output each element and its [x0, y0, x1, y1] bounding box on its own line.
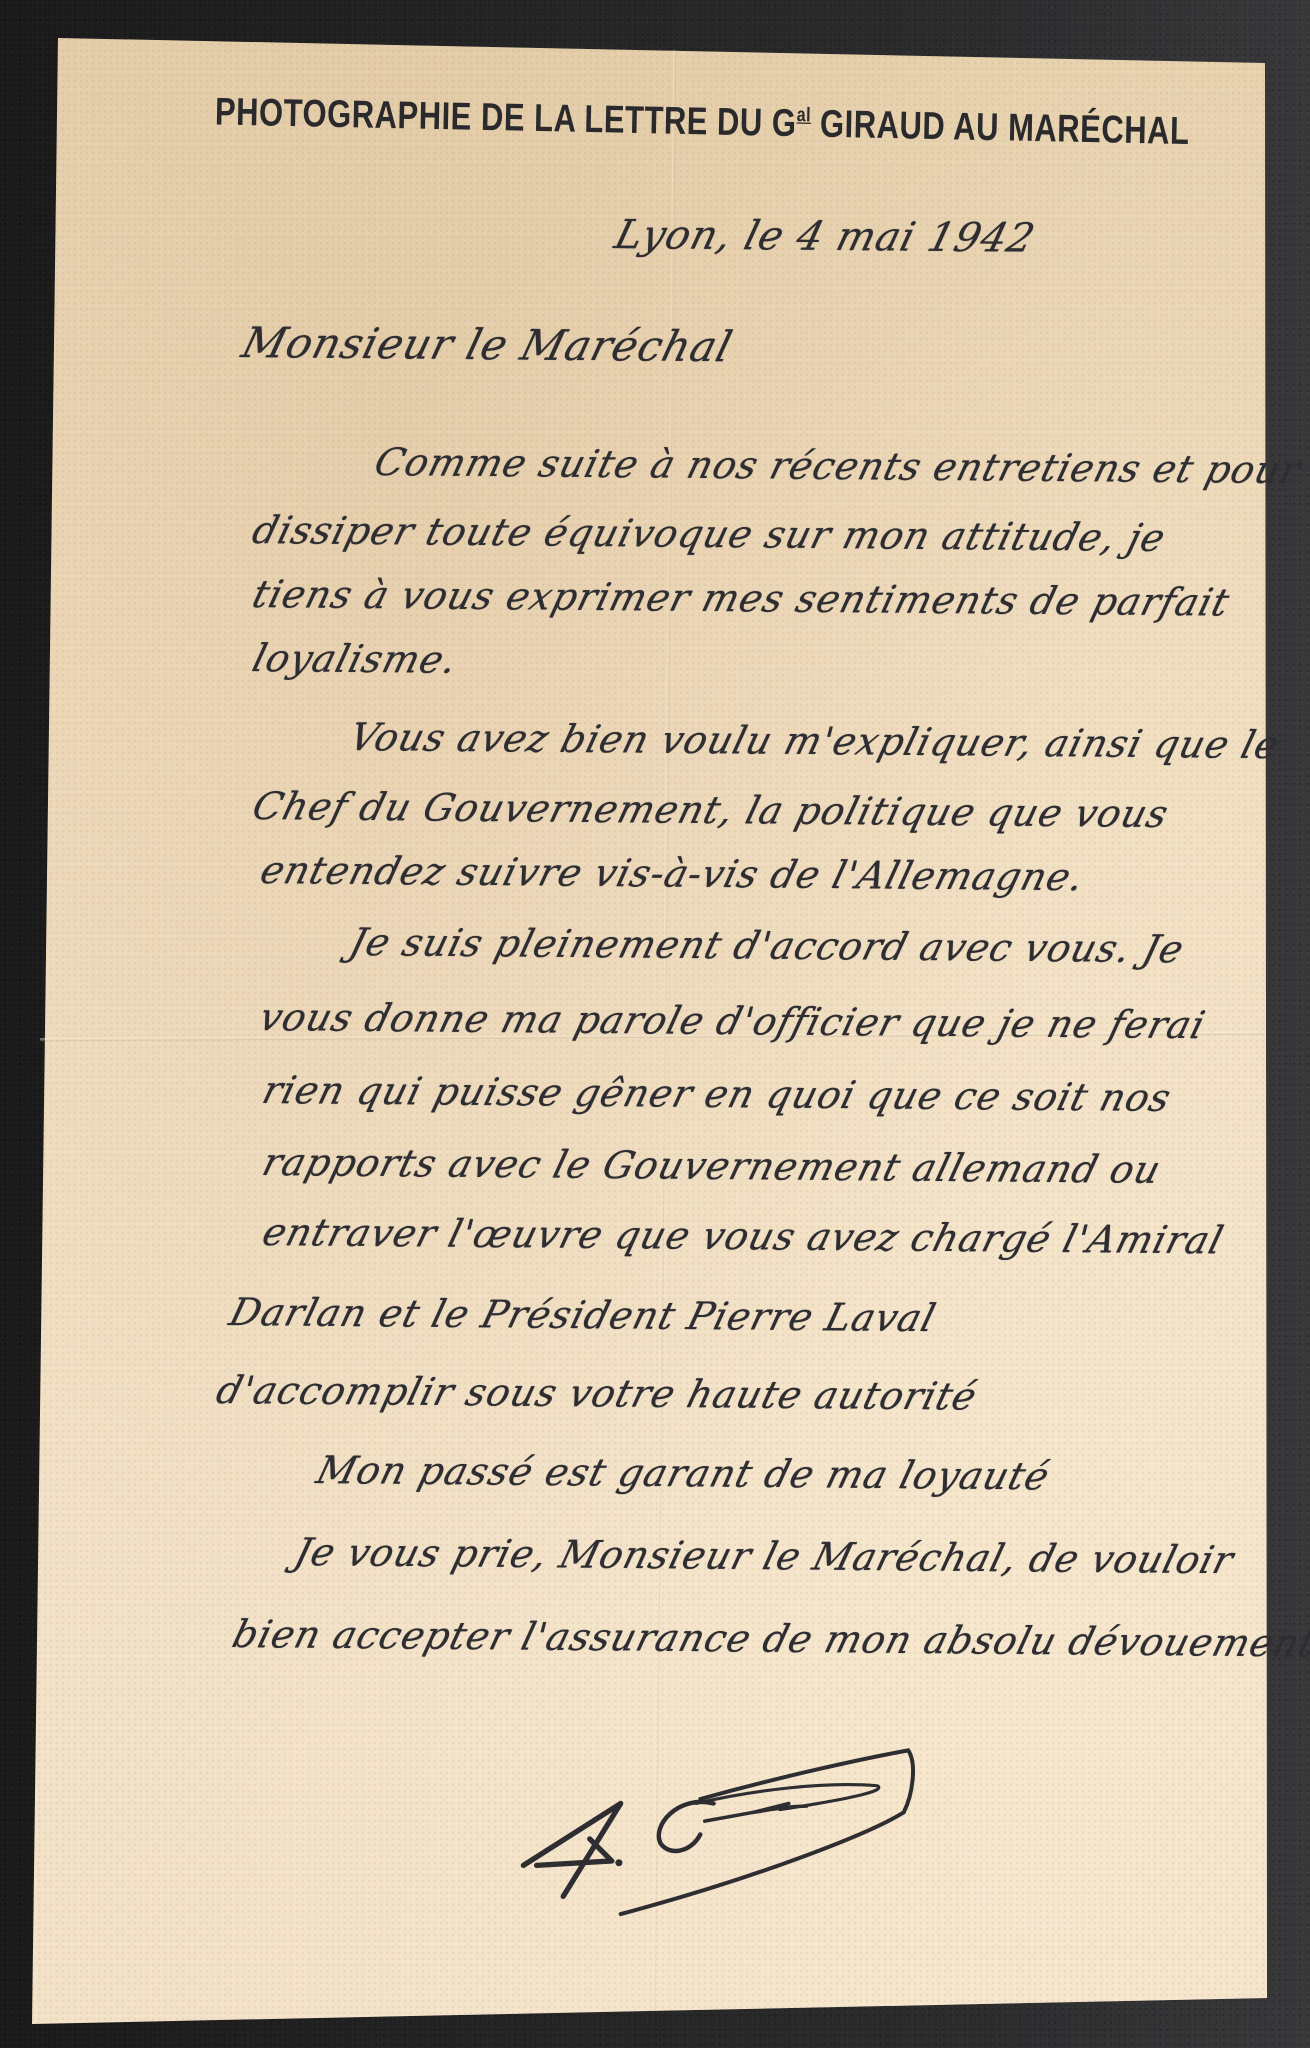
salutation: Monsieur le Maréchal	[237, 318, 738, 371]
letter-line: d'accomplir sous votre haute autorité	[212, 1368, 982, 1419]
letter-line: Comme suite à nos récents entretiens et …	[370, 440, 1306, 492]
letter-line: entraver l'œuvre que vous avez chargé l'…	[258, 1210, 1228, 1262]
letter-line: Je suis pleinement d'accord avec vous. J…	[345, 920, 1189, 971]
letter-line: tiens à vous exprimer mes sentiments de …	[248, 572, 1235, 625]
letter-line: loyalisme.	[248, 636, 462, 682]
letter-line: Darlan et le Président Pierre Laval	[225, 1290, 941, 1340]
letter-line: Chef du Gouvernement, la politique que v…	[248, 784, 1173, 836]
letter-line: entendez suivre vis-à-vis de l'Allemagne…	[256, 848, 1089, 899]
letter-line: dissiper toute équivoque sur mon attitud…	[248, 508, 1171, 560]
header-text-end: GIRAUD AU MARÉCHAL	[810, 101, 1189, 152]
letter-line: vous donne ma parole d'officier que je n…	[255, 995, 1210, 1047]
letter-line: Je vous prie, Monsieur le Maréchal, de v…	[290, 1530, 1239, 1582]
date-line: Lyon, le 4 mai 1942	[610, 212, 1040, 262]
signature-flourish-icon	[488, 1715, 948, 1945]
header-superscript: al	[796, 105, 811, 127]
signature: H. Giraud	[488, 1715, 948, 1945]
letter-line: rien qui puisse gêner en quoi que ce soi…	[258, 1068, 1176, 1120]
letter-line: Vous avez bien voulu m'expliquer, ainsi …	[345, 715, 1284, 767]
letter-line: rapports avec le Gouvernement allemand o…	[258, 1140, 1166, 1192]
letter-line: Mon passé est garant de ma loyauté	[312, 1448, 1055, 1498]
